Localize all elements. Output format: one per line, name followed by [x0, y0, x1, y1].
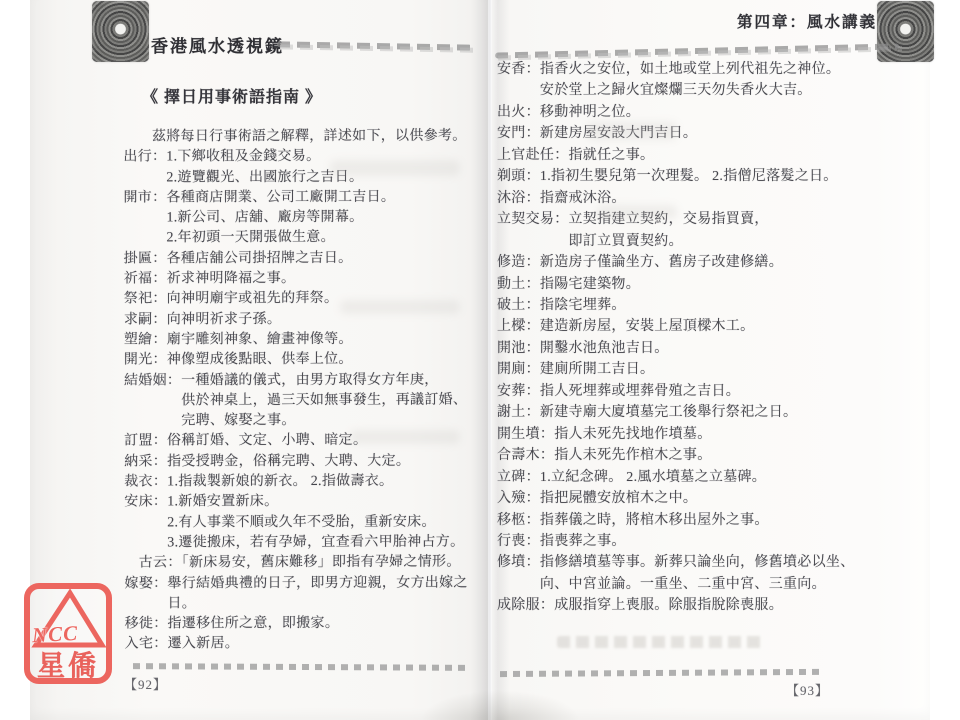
- text-line: 出火：移動神明之位。: [497, 102, 897, 123]
- text-line: 塑繪：廟宇雕刻神象、繪畫神像等。: [124, 329, 496, 350]
- text-line: 開池：開鑿水池魚池吉日。: [497, 338, 897, 359]
- text-line: 求嗣：向神明祈求子孫。: [124, 309, 496, 330]
- text-line: 祈福：祈求神明降福之事。: [124, 269, 496, 290]
- logo-name: 星僑: [30, 644, 106, 684]
- text-line: 訂盟：俗稱訂婚、文定、小聘、暗定。: [124, 431, 496, 452]
- text-line: 移徙：指遷移住所之意，即搬家。: [125, 614, 497, 635]
- text-line: 安床：1.新婚安置新床。: [124, 492, 496, 513]
- text-line: 開生墳：指人未死先找地作墳墓。: [497, 424, 897, 445]
- text-line: 謝土：新建寺廟大廈墳墓完工後舉行祭祀之日。: [497, 402, 897, 423]
- text-line: 入宅：遷入新居。: [125, 634, 497, 655]
- left-body-text: 茲將每日行事術語之解釋，詳述如下，以供參考。出行：1.下鄉收租及金錢交易。 2.…: [123, 127, 496, 656]
- header-dash-band: [277, 41, 472, 50]
- text-line: 成除服：成服指穿上喪服。除服指脫除喪服。: [497, 595, 897, 616]
- text-line: 上樑：建造新房屋，安裝上屋頂樑木工。: [497, 316, 897, 337]
- page-number-left: 【92】: [124, 674, 167, 693]
- text-line: 3.遷徙搬床，若有孕婦，宜查看六甲胎神占方。: [124, 532, 496, 553]
- text-line: 立碑：1.立紀念碑。 2.風水墳墓之立墓碑。: [497, 467, 897, 488]
- text-line: 開市：各種商店開業、公司工廠開工吉日。: [123, 187, 495, 208]
- text-line: 2.年初頭一天開張做生意。: [124, 228, 496, 249]
- text-line: 開光：神像塑成後點眼、供奉上位。: [124, 350, 496, 371]
- text-line: 完聘、嫁娶之事。: [124, 411, 496, 432]
- book-title: 香港風水透視鏡: [151, 32, 284, 57]
- text-line: 移柩：指葬儀之時，將棺木移出屋外之事。: [497, 510, 897, 531]
- text-line: 2.有人事業不順或久年不受胎，重新安床。: [124, 512, 496, 533]
- text-line: 立契交易：立契指建立契約，交易指買賣，: [497, 209, 897, 230]
- footer-dash-band: [133, 663, 466, 671]
- text-line: 1.新公司、店舖、廠房等開幕。: [124, 208, 496, 229]
- luopan-compass-icon: [877, 1, 934, 62]
- footer-dash-band: [500, 669, 820, 677]
- text-line: 安於堂上之歸火宜燦爛三天勿失香火大吉。: [497, 80, 897, 101]
- ncc-star-chiao-logo: NCC 星僑: [24, 583, 112, 684]
- text-line: 向、中宮並論。一重坐、二重中宮、三重向。: [497, 574, 897, 595]
- text-line: 掛匾：各種店舖公司掛招牌之吉日。: [124, 248, 496, 269]
- text-line: 破土：指陰宅埋葬。: [497, 295, 897, 316]
- bleedthrough-text-ghost: [557, 636, 762, 648]
- text-line: 入殮：指把屍體安放棺木之中。: [497, 488, 897, 509]
- text-line: 沐浴：指齋戒沐浴。: [497, 188, 897, 209]
- text-line: 裁衣：1.指裁製新娘的新衣。 2.指做壽衣。: [124, 472, 496, 493]
- page-number-right: 【93】: [786, 680, 829, 699]
- text-line: 茲將每日行事術語之解釋，詳述如下，以供參考。: [123, 127, 495, 148]
- text-line: 祭祀：向神明廟宇或祖先的拜祭。: [124, 289, 496, 310]
- text-line: 安香：指香火之安位，如土地或堂上列代祖先之神位。: [497, 59, 897, 80]
- header-dash-band: [495, 43, 899, 58]
- right-body-text: 安香：指香火之安位，如土地或堂上列代祖先之神位。 安於堂上之歸火宜燦爛三天勿失香…: [497, 59, 897, 617]
- luopan-compass-icon: [92, 1, 149, 62]
- text-line: 嫁娶：舉行結婚典禮的日子，即男方迎親，女方出嫁之: [124, 573, 496, 594]
- text-line: 開廁：建廁所開工吉日。: [497, 359, 897, 380]
- text-line: 出行：1.下鄉收租及金錢交易。: [123, 147, 495, 168]
- chapter-title: 第四章：風水講義: [492, 10, 877, 32]
- book-scan: { "book": { "colors": { "page": "#f8f7f5…: [0, 0, 960, 720]
- text-line: 日。: [125, 593, 497, 614]
- text-line: 2.遊覽觀光、出國旅行之吉日。: [123, 167, 495, 188]
- text-line: 安門：新建房屋安設大門吉日。: [497, 123, 897, 144]
- text-line: 修墳：指修繕墳墓等事。新葬只論坐向，修舊墳必以坐、: [497, 552, 897, 573]
- right-page: 第四章：風水講義 安香：指香火之安位，如土地或堂上列代祖先之神位。 安於堂上之歸…: [492, 0, 930, 720]
- text-line: 動土：指陽宅建築物。: [497, 274, 897, 295]
- text-line: 合壽木：指人未死先作棺木之事。: [497, 445, 897, 466]
- text-line: 結婚姻：一種婚議的儀式，由男方取得女方年庚，: [124, 370, 496, 391]
- text-line: 安葬：指人死埋葬或埋葬骨殖之吉日。: [497, 381, 897, 402]
- section-title: 《 擇日用事術語指南 》: [142, 84, 322, 107]
- text-line: 即訂立買賣契約。: [497, 231, 897, 252]
- text-line: 納采：指受授聘金，俗稱完聘、大聘、大定。: [124, 451, 496, 472]
- text-line: 供於神桌上，過三天如無事發生，再議訂婚、: [124, 390, 496, 411]
- text-line: 修造：新造房子僅論坐方、舊房子改建修繕。: [497, 252, 897, 273]
- text-line: 剃頭：1.指初生嬰兒第一次理髮。 2.指僧尼落髮之日。: [497, 166, 897, 187]
- text-line: 古云：「新床易安，舊床難移」即指有孕婦之情形。: [124, 553, 496, 574]
- text-line: 上官赴任：指就任之事。: [497, 145, 897, 166]
- text-line: 行喪：指喪葬之事。: [497, 531, 897, 552]
